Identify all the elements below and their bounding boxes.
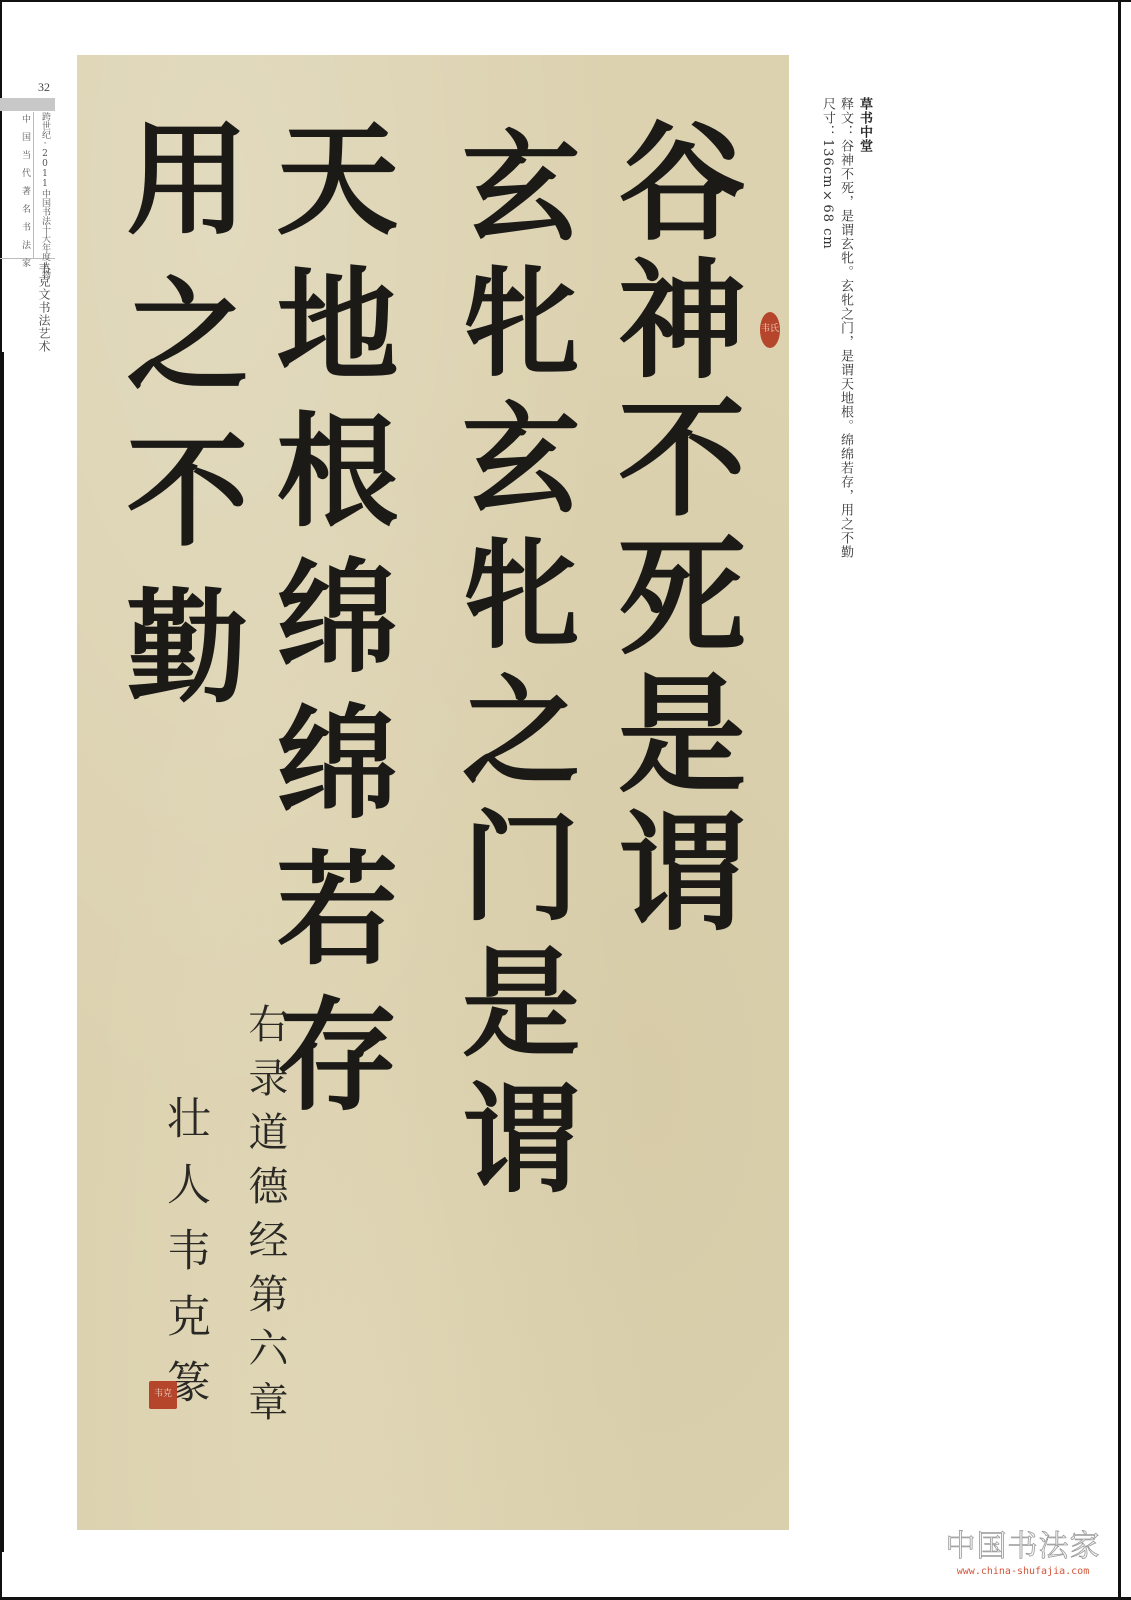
watermark-logo: 中国书法家 <box>943 1532 1103 1562</box>
watermark: 中国书法家 www.china-shufajia.com <box>943 1532 1103 1577</box>
inscription-line-1: 右录道德经第六章 <box>237 1003 294 1435</box>
watermark-url: www.china-shufajia.com <box>943 1566 1103 1577</box>
caption-transcription-text: 谷神不死，是谓玄牝。玄牝之门，是谓天地根。绵绵若存，用之不勤 <box>838 139 853 559</box>
caption-title: 草书中堂 <box>855 97 874 153</box>
margin-bar <box>0 98 55 111</box>
oval-seal-icon: 韦氏 <box>760 312 780 348</box>
page-number: 32 <box>38 80 50 95</box>
caption-transcription: 释文：谷神不死，是谓玄牝。玄牝之门，是谓天地根。绵绵若存，用之不勤 <box>836 97 855 559</box>
calligraphy-column-3: 天地根绵绵若存 <box>267 115 389 1137</box>
inscription-line-2: 壮人韦克篆 <box>152 1095 216 1425</box>
margin-divider-vertical <box>33 112 34 258</box>
caption-size-value: 136cm×68 cm <box>820 139 835 250</box>
left-edge-mark <box>0 352 4 1552</box>
artist-book-title: 韦克文书法艺术 <box>36 262 53 353</box>
right-border-rule <box>1118 0 1121 1600</box>
caption-size: 尺寸：136cm×68 cm <box>818 97 837 250</box>
calligraphy-column-1: 谷神不死是谓 <box>607 115 735 943</box>
calligraphy-artwork: 谷神不死是谓 玄牝玄牝之门是谓 天地根绵绵若存 用之不勤 右录道德经第六章 壮人… <box>77 55 789 1530</box>
series-subtitle: 中国当代著名书法家 <box>19 114 32 276</box>
calligraphy-column-4: 用之不勤 <box>117 115 239 739</box>
caption-size-label: 尺寸： <box>820 97 835 139</box>
series-title: 跨世纪·2011中国书法十大年度人物 <box>39 112 52 279</box>
square-seal-icon: 韦克 <box>149 1381 177 1409</box>
caption-transcription-label: 释文： <box>838 97 853 139</box>
calligraphy-column-2: 玄牝玄牝之门是谓 <box>452 125 570 1213</box>
